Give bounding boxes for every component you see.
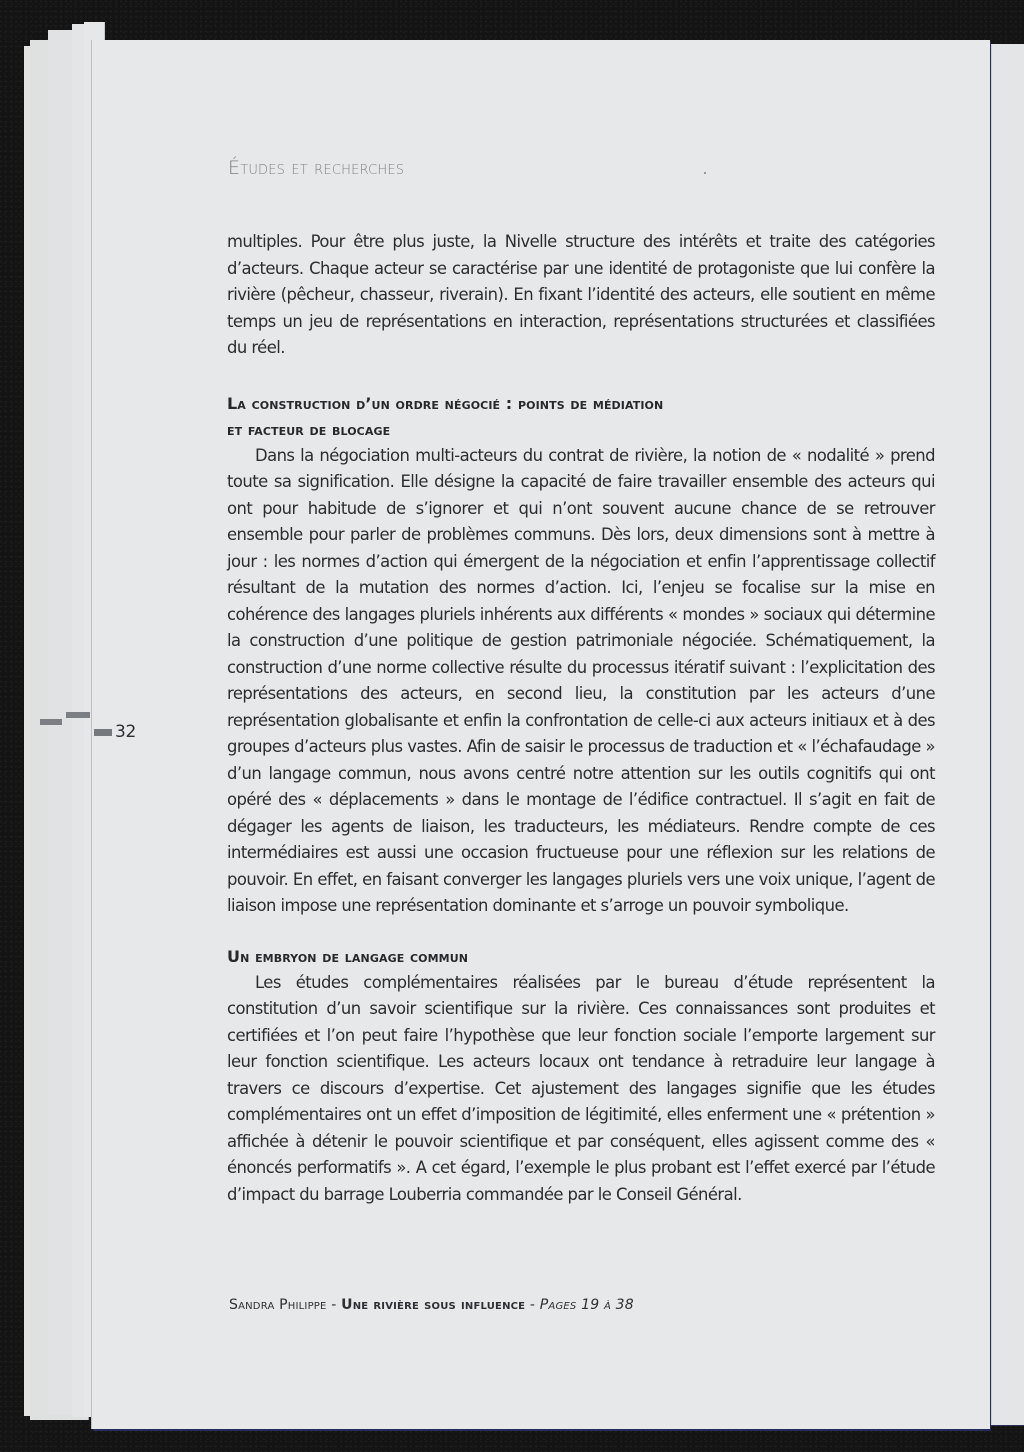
section-heading-line-1: La construction d’un ordre négocié : poi… xyxy=(227,394,663,413)
print-speck xyxy=(704,172,706,174)
page-number-marker: 32 xyxy=(94,722,136,742)
facing-page-edge xyxy=(990,44,1024,1425)
footer-separator: - xyxy=(327,1297,342,1313)
thumb-index-mark xyxy=(40,719,62,725)
running-head: Études et recherches xyxy=(228,157,404,179)
footer-separator: - xyxy=(525,1297,540,1313)
section-heading-line-2: et facteur de blocage xyxy=(227,420,390,439)
body-text: multiples. Pour être plus juste, la Nive… xyxy=(227,229,935,1208)
page-footer: Sandra Philippe - Une rivière sous influ… xyxy=(229,1297,634,1313)
section-heading-negotiated-order: La construction d’un ordre négocié : poi… xyxy=(227,391,935,443)
paragraph-nodality: Dans la négociation multi-acteurs du con… xyxy=(227,443,935,920)
thumb-index-mark xyxy=(66,712,90,718)
footer-page-range: Pages 19 à 38 xyxy=(540,1297,634,1313)
page-number: 32 xyxy=(115,722,136,742)
page-number-bar xyxy=(94,729,112,736)
footer-author: Sandra Philippe xyxy=(229,1297,327,1313)
section-heading-common-language: Un embryon de langage commun xyxy=(227,944,935,970)
footer-article-title: Une rivière sous influence xyxy=(341,1297,525,1313)
paragraph-studies: Les études complémentaires réalisées par… xyxy=(227,970,935,1209)
paragraph-continued: multiples. Pour être plus juste, la Nive… xyxy=(227,229,935,362)
